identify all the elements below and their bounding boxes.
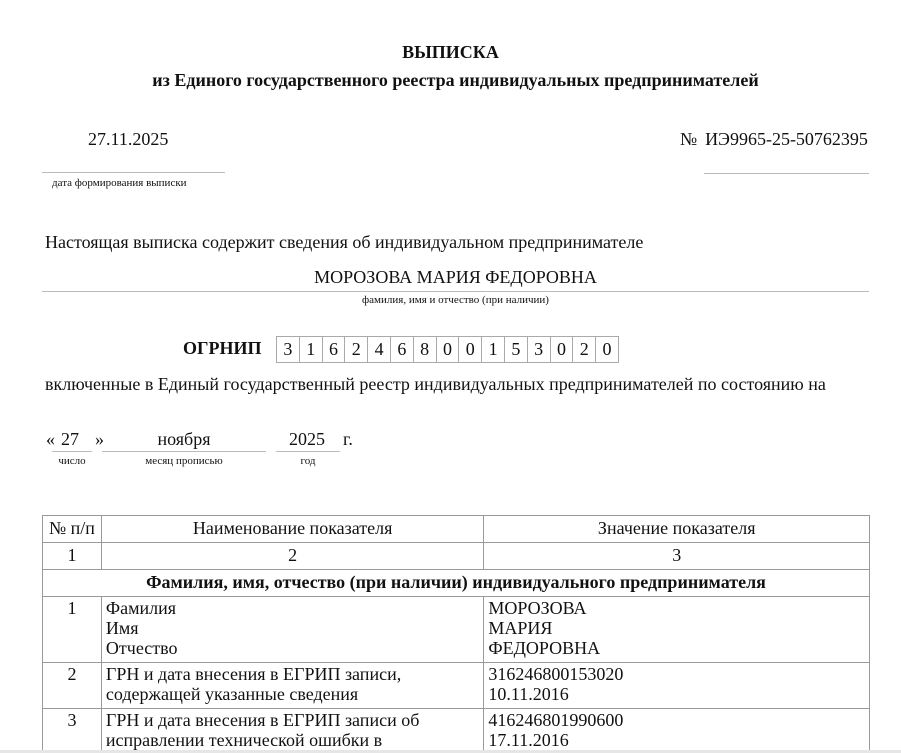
header-value: Значение показателя	[484, 516, 870, 543]
ogrnip-digit: 1	[481, 336, 505, 363]
formation-date-caption: дата формирования выписки	[52, 177, 187, 189]
month-underline	[102, 451, 266, 452]
full-name-underline	[42, 291, 869, 292]
indicator-name: ГРН и дата внесения в ЕГРИП записи обисп…	[101, 709, 484, 751]
extract-number: ИЭ9965-25-50762395	[704, 129, 869, 149]
indicator-name-line: исправлении технической ошибки в	[106, 730, 480, 750]
ogrnip-digit: 5	[504, 336, 528, 363]
formation-date: 27.11.2025	[88, 129, 168, 150]
number-sign: №	[680, 129, 697, 150]
open-quote: «	[46, 429, 55, 450]
column-number: 1	[43, 543, 102, 570]
state-year: 2025	[274, 429, 340, 450]
extract-number-underline	[704, 173, 869, 174]
indicator-value-line: 17.11.2016	[488, 730, 865, 750]
table-row: 3ГРН и дата внесения в ЕГРИП записи обис…	[43, 709, 870, 751]
state-day: 27	[61, 429, 79, 450]
full-name-caption: фамилия, имя и отчество (при наличии)	[42, 294, 869, 306]
entrepreneur-full-name: МОРОЗОВА МАРИЯ ФЕДОРОВНА	[42, 267, 869, 288]
indicator-name-line: Имя	[106, 618, 480, 638]
indicator-value-line: 316246800153020	[488, 664, 865, 684]
document-subtitle: из Единого государственного реестра инди…	[0, 70, 901, 91]
row-number: 2	[43, 663, 102, 709]
column-number: 2	[101, 543, 484, 570]
state-month: ноября	[102, 429, 266, 450]
indicator-name-line: Фамилия	[106, 598, 480, 618]
formation-date-underline	[42, 172, 225, 173]
ogrnip-digit: 8	[413, 336, 437, 363]
indicator-value: МОРОЗОВАМАРИЯФЕДОРОВНА	[484, 597, 870, 663]
indicator-value: 31624680015302010.11.2016	[484, 663, 870, 709]
indicator-name-line: ГРН и дата внесения в ЕГРИП записи,	[106, 664, 480, 684]
indicator-value: 41624680199060017.11.2016	[484, 709, 870, 751]
ogrnip-label: ОГРНИП	[183, 338, 261, 359]
table-header-row: № п/п Наименование показателя Значение п…	[43, 516, 870, 543]
indicator-name-line: содержащей указанные сведения	[106, 684, 480, 704]
ogrnip-digit: 6	[390, 336, 414, 363]
ogrnip-digit: 3	[276, 336, 300, 363]
indicator-name: ФамилияИмяОтчество	[101, 597, 484, 663]
included-text: включенные в Единый государственный реес…	[45, 374, 845, 394]
indicator-value-line: МОРОЗОВА	[488, 598, 865, 618]
ogrnip-digit: 4	[367, 336, 391, 363]
year-underline	[276, 451, 340, 452]
year-suffix: г.	[343, 429, 353, 450]
month-caption: месяц прописью	[102, 455, 266, 467]
day-underline	[52, 451, 92, 452]
row-number: 3	[43, 709, 102, 751]
ogrnip-digit: 0	[436, 336, 460, 363]
day-caption: число	[46, 455, 98, 467]
document-title: ВЫПИСКА	[0, 42, 901, 63]
ogrnip-digit: 2	[344, 336, 368, 363]
indicator-value-line: 416246801990600	[488, 710, 865, 730]
indicator-name: ГРН и дата внесения в ЕГРИП записи,содер…	[101, 663, 484, 709]
section-title: Фамилия, имя, отчество (при наличии) инд…	[43, 570, 870, 597]
extract-page: ВЫПИСКА из Единого государственного реес…	[0, 0, 901, 750]
row-number: 1	[43, 597, 102, 663]
header-name: Наименование показателя	[101, 516, 484, 543]
info-table: № п/п Наименование показателя Значение п…	[42, 515, 870, 750]
section-row: Фамилия, имя, отчество (при наличии) инд…	[43, 570, 870, 597]
ogrnip-digit: 0	[595, 336, 619, 363]
ogrnip-digit: 2	[572, 336, 596, 363]
intro-text: Настоящая выписка содержит сведения об и…	[45, 232, 643, 253]
table-row: 1ФамилияИмяОтчествоМОРОЗОВАМАРИЯФЕДОРОВН…	[43, 597, 870, 663]
column-number: 3	[484, 543, 870, 570]
ogrnip-digit: 3	[527, 336, 551, 363]
ogrnip-digit: 0	[550, 336, 574, 363]
table-row: 2ГРН и дата внесения в ЕГРИП записи,соде…	[43, 663, 870, 709]
indicator-name-line: Отчество	[106, 638, 480, 658]
ogrnip-digit: 0	[458, 336, 482, 363]
indicator-value-line: МАРИЯ	[488, 618, 865, 638]
ogrnip-digits: 316246800153020	[277, 336, 619, 363]
indicator-value-line: ФЕДОРОВНА	[488, 638, 865, 658]
ogrnip-digit: 6	[322, 336, 346, 363]
ogrnip-digit: 1	[299, 336, 323, 363]
header-num: № п/п	[43, 516, 102, 543]
column-numbers-row: 1 2 3	[43, 543, 870, 570]
year-caption: год	[276, 455, 340, 467]
indicator-name-line: ГРН и дата внесения в ЕГРИП записи об	[106, 710, 480, 730]
indicator-value-line: 10.11.2016	[488, 684, 865, 704]
